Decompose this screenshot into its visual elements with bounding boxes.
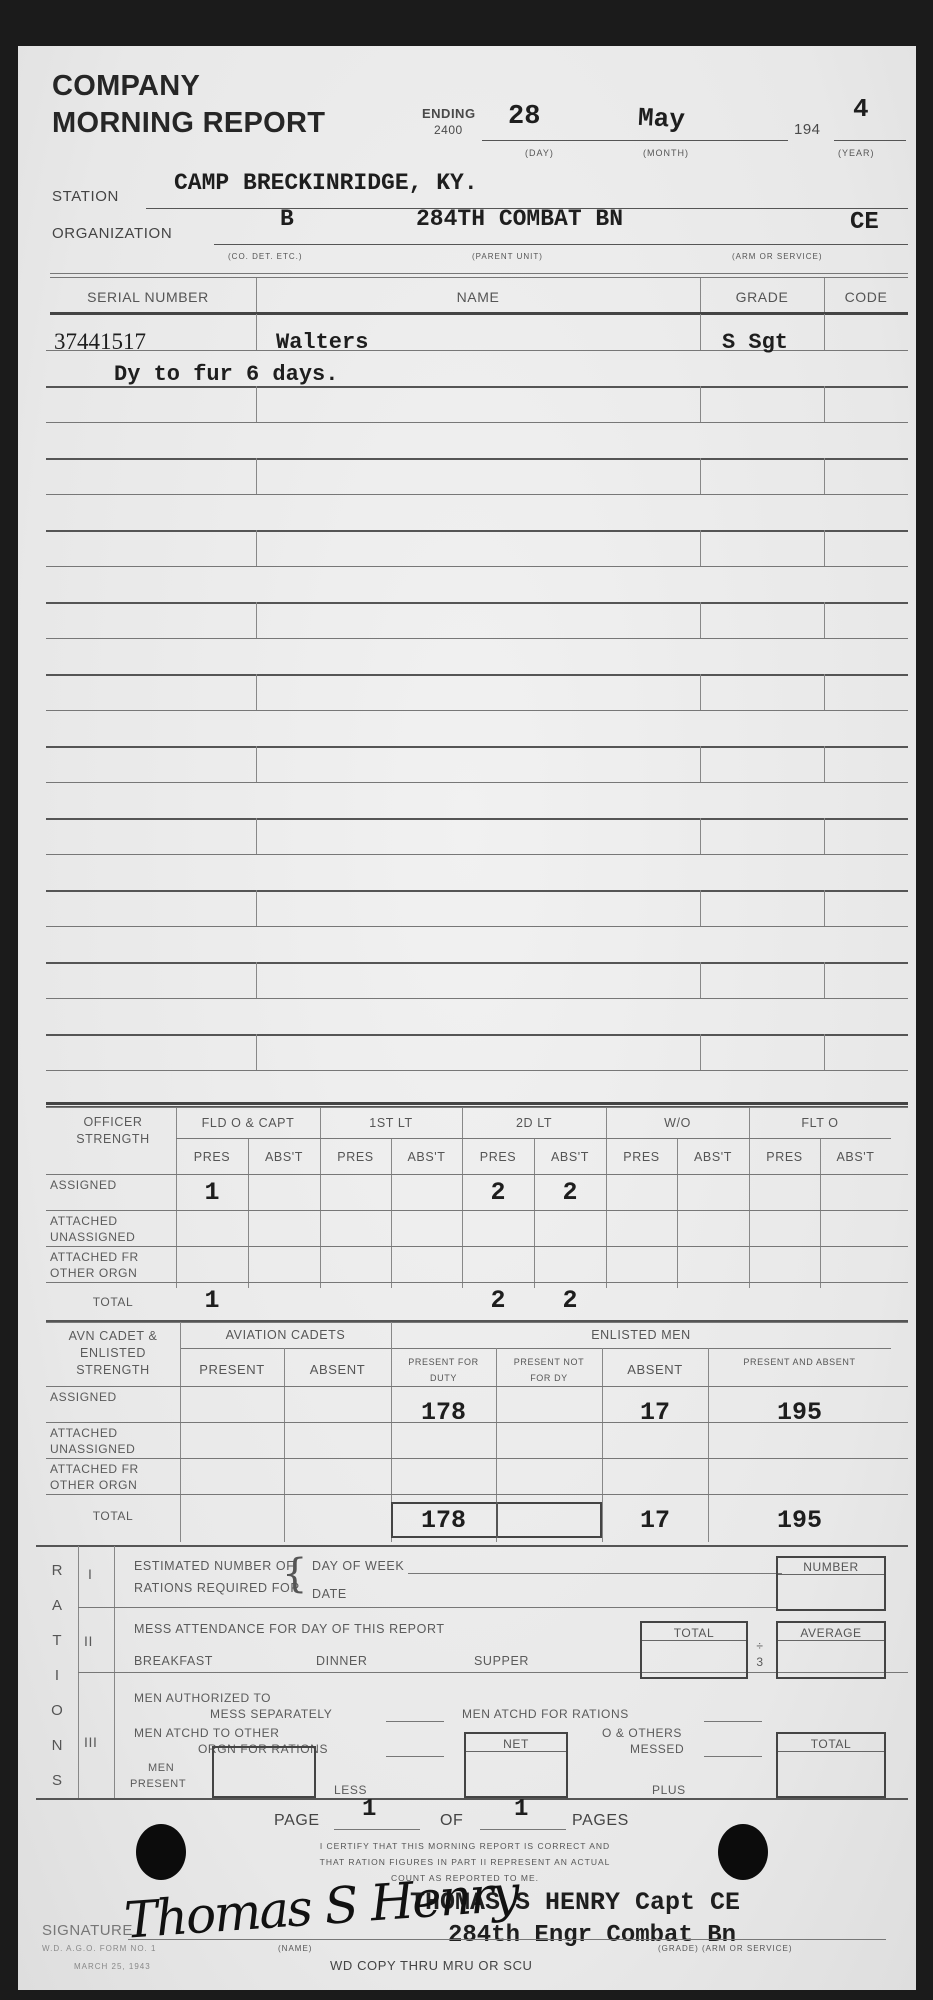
roster-cell-divider <box>256 890 257 926</box>
enlisted-subcol-header: PRESENT FOR DUTY <box>391 1354 496 1386</box>
enlisted-row-label: ATTACHED UNASSIGNED <box>50 1425 176 1457</box>
roster-entry-name: Walters <box>276 330 368 355</box>
roster-row-rule <box>46 674 908 676</box>
men-auth-field[interactable] <box>386 1721 444 1722</box>
enlisted-cell[interactable] <box>180 1470 284 1500</box>
year-prefix: 194 <box>794 121 821 138</box>
company-caption: (CO. DET. ETC.) <box>228 252 303 261</box>
officer-subcol-header: PRES <box>176 1150 248 1164</box>
officer-row-rule <box>46 1174 908 1175</box>
day-of-week-field[interactable] <box>408 1573 782 1574</box>
officer-cell[interactable] <box>320 1286 391 1316</box>
roster-row-rule <box>46 854 908 855</box>
report-day: 28 <box>508 102 540 132</box>
arm-caption: (ARM OR SERVICE) <box>732 252 823 261</box>
officer-group-header: FLT O <box>749 1116 891 1130</box>
roster-row-rule <box>46 782 908 783</box>
enlisted-cell[interactable] <box>391 1470 496 1500</box>
men-present-box[interactable] <box>212 1746 316 1798</box>
morning-report-form: COMPANY MORNING REPORT ENDING 2400 28 Ma… <box>18 46 916 1990</box>
rations-side-label: RATIONS <box>42 1553 72 1798</box>
page-number: 1 <box>362 1796 376 1823</box>
officer-cell[interactable] <box>176 1214 248 1244</box>
roster-cell-divider <box>700 386 701 422</box>
officer-cell[interactable] <box>248 1214 320 1244</box>
officer-cell[interactable] <box>320 1214 391 1244</box>
col-header-grade: GRADE <box>700 289 824 305</box>
roster-row-rule <box>46 926 908 927</box>
net-label: NET <box>466 1734 566 1752</box>
officer-cell[interactable] <box>391 1250 462 1280</box>
enlisted-subcol-header: PRESENT AND ABSENT <box>708 1354 891 1370</box>
enlisted-subheader-rule <box>180 1348 891 1349</box>
day-caption: (DAY) <box>525 148 554 158</box>
enlisted-cell[interactable] <box>284 1434 391 1464</box>
signature-label: SIGNATURE <box>42 1922 133 1939</box>
o-others-line1: O & OTHERS <box>602 1725 682 1741</box>
roster-header-rule <box>50 312 908 315</box>
officer-group-header: FLD O & CAPT <box>176 1116 320 1130</box>
officer-cell[interactable] <box>391 1214 462 1244</box>
station-label: STATION <box>52 188 119 205</box>
rations-side-letter: R <box>42 1553 72 1588</box>
enlisted-cell[interactable] <box>708 1470 891 1500</box>
rations-side-letter: N <box>42 1728 72 1763</box>
certify-line-1: I CERTIFY THAT THIS MORNING REPORT IS CO… <box>250 1838 680 1854</box>
roster-cell-divider <box>256 962 257 998</box>
page-number-underline <box>334 1829 420 1830</box>
officer-cell[interactable] <box>677 1250 749 1280</box>
col-header-code: CODE <box>824 289 908 305</box>
officer-cell[interactable]: 2 <box>534 1178 606 1208</box>
enlisted-cell[interactable] <box>180 1398 284 1428</box>
enlisted-strength-title: AVN CADET & ENLISTED STRENGTH <box>50 1328 176 1379</box>
officer-row-label: ASSIGNED <box>50 1177 176 1193</box>
roster-cell-divider <box>700 530 701 566</box>
officer-cell[interactable] <box>391 1286 462 1316</box>
roster-cell-divider <box>256 602 257 638</box>
month-caption: (MONTH) <box>643 148 689 158</box>
enlisted-row-rule <box>46 1458 908 1459</box>
dinner-label: DINNER <box>316 1653 368 1669</box>
officer-cell[interactable] <box>677 1286 749 1316</box>
officer-subcol-header: ABS'T <box>677 1150 749 1164</box>
enlisted-cell[interactable] <box>180 1506 284 1536</box>
enlisted-subcol-header: ABSENT <box>284 1362 391 1378</box>
officer-cell[interactable]: 2 <box>534 1286 606 1316</box>
rations-side-letter: S <box>42 1763 72 1798</box>
part1-numeral: I <box>88 1566 93 1582</box>
roster-cell-divider <box>824 458 825 494</box>
part1-line1: ESTIMATED NUMBER OF <box>134 1558 294 1574</box>
roster-cell-divider <box>700 746 701 782</box>
officer-cell[interactable] <box>462 1214 534 1244</box>
total3-box[interactable]: TOTAL <box>776 1732 886 1798</box>
enlisted-cell[interactable]: 195 <box>708 1398 891 1428</box>
grade-caption: (GRADE) (ARM OR SERVICE) <box>658 1944 793 1953</box>
officer-subcol-header: ABS'T <box>248 1150 320 1164</box>
roster-cell-divider <box>700 602 701 638</box>
roster-row-rule <box>46 998 908 999</box>
roster-cell-divider <box>824 530 825 566</box>
aviation-cadets-header: AVIATION CADETS <box>180 1328 391 1342</box>
roster-row-rule <box>46 422 908 423</box>
roster-top-rule <box>50 273 908 274</box>
officer-row-rule <box>46 1246 908 1247</box>
officer-row-label: ATTACHED FR OTHER ORGN <box>50 1249 176 1281</box>
officer-cell[interactable]: 2 <box>462 1286 534 1316</box>
parent-unit-caption: (PARENT UNIT) <box>472 252 543 261</box>
station-value: CAMP BRECKINRIDGE, KY. <box>174 170 478 196</box>
organization-label: ORGANIZATION <box>52 225 172 242</box>
roster-cell-divider <box>256 314 257 350</box>
roster-cell-divider <box>824 746 825 782</box>
officer-row-label: TOTAL <box>50 1294 176 1310</box>
breakfast-label: BREAKFAST <box>134 1653 213 1669</box>
officer-cell[interactable] <box>749 1286 820 1316</box>
officer-cell[interactable] <box>606 1250 677 1280</box>
rations-side-letter: I <box>42 1658 72 1693</box>
roster-cell-divider <box>700 314 701 350</box>
enlisted-row-rule <box>46 1494 908 1495</box>
roster-row-rule <box>46 1034 908 1036</box>
enlisted-cell[interactable] <box>496 1398 602 1428</box>
officer-subcol-header: PRES <box>462 1150 534 1164</box>
officer-group-header: W/O <box>606 1116 749 1130</box>
officer-subheader-rule <box>176 1138 891 1139</box>
organization-underline <box>214 244 908 245</box>
officer-subcol-header: ABS'T <box>391 1150 462 1164</box>
roster-header-divider <box>700 278 701 312</box>
officer-cell[interactable] <box>391 1178 462 1208</box>
officer-cell[interactable] <box>749 1214 820 1244</box>
officer-cell[interactable]: 1 <box>176 1178 248 1208</box>
roster-cell-divider <box>700 818 701 854</box>
col-header-name: NAME <box>258 289 698 305</box>
roster-row-rule <box>46 890 908 892</box>
officer-subcol-header: PRES <box>606 1150 677 1164</box>
roster-row-rule <box>46 458 908 460</box>
roster-cell-divider <box>256 746 257 782</box>
ending-label: ENDING <box>422 106 476 121</box>
roster-header-divider <box>256 278 257 312</box>
officer-cell[interactable] <box>248 1286 320 1316</box>
binder-hole-right <box>718 1824 768 1880</box>
enlisted-row-rule <box>46 1422 908 1423</box>
day-of-week-label: DAY OF WEEK <box>312 1558 404 1574</box>
part1-line2: RATIONS REQUIRED FOR <box>134 1580 300 1596</box>
roster-cell-divider <box>824 818 825 854</box>
report-month: May <box>637 103 685 135</box>
plus-label: PLUS <box>652 1782 686 1798</box>
officer-cell[interactable] <box>677 1214 749 1244</box>
enlisted-cell[interactable] <box>602 1470 708 1500</box>
officer-top-rule <box>46 1102 908 1105</box>
roster-cell-divider <box>700 458 701 494</box>
men-atchd-rations-field[interactable] <box>704 1721 762 1722</box>
officer-cell[interactable] <box>462 1250 534 1280</box>
enlisted-cell[interactable] <box>708 1434 891 1464</box>
enlisted-cell[interactable] <box>391 1434 496 1464</box>
report-year-digit: 4 <box>853 94 869 124</box>
part3-numeral: III <box>84 1734 97 1750</box>
number-box[interactable]: NUMBER <box>776 1556 886 1611</box>
men-atchd-rations-label: MEN ATCHD FOR RATIONS <box>462 1706 629 1722</box>
roster-row-rule <box>46 602 908 604</box>
roster-cell-divider <box>824 674 825 710</box>
enlisted-top-rule <box>46 1322 908 1323</box>
rations-bottom-rule <box>36 1798 908 1800</box>
form-title-company: COMPANY <box>52 70 200 103</box>
roster-cell-divider <box>824 314 825 350</box>
officer-cell[interactable] <box>749 1178 820 1208</box>
average-box[interactable]: AVERAGE <box>776 1621 886 1679</box>
officer-cell[interactable] <box>248 1250 320 1280</box>
roster-cell-divider <box>256 458 257 494</box>
enlisted-cell[interactable]: 17 <box>602 1506 708 1536</box>
form-date: MARCH 25, 1943 <box>74 1962 151 1971</box>
officer-cell[interactable] <box>820 1286 891 1316</box>
mess-attendance-label: MESS ATTENDANCE FOR DAY OF THIS REPORT <box>134 1621 445 1637</box>
roster-cell-divider <box>256 674 257 710</box>
officer-group-header: 1ST LT <box>320 1116 462 1130</box>
officer-subcol-header: ABS'T <box>534 1150 606 1164</box>
divide-by-three: ÷ 3 <box>751 1638 769 1670</box>
officer-cell[interactable] <box>820 1250 891 1280</box>
total3-label: TOTAL <box>778 1734 884 1752</box>
rations-part1-rule <box>78 1607 778 1608</box>
roster-cell-divider <box>256 818 257 854</box>
enlisted-subcol-header: PRESENT <box>180 1362 284 1378</box>
officer-cell[interactable] <box>820 1178 891 1208</box>
parent-unit-value: 284TH COMBAT BN <box>416 206 623 232</box>
men-present-line2: PRESENT <box>130 1776 186 1792</box>
pages-label: PAGES <box>572 1812 629 1830</box>
total-pages-underline <box>480 1829 566 1830</box>
officer-cell[interactable] <box>606 1214 677 1244</box>
part1-brace: { <box>282 1552 307 1596</box>
enlisted-subcol-header: PRESENT NOT FOR DY <box>496 1354 602 1386</box>
part2-numeral: II <box>84 1633 93 1649</box>
officer-cell[interactable]: 2 <box>462 1178 534 1208</box>
roster-row-rule <box>46 818 908 820</box>
officer-strength-title: OFFICER STRENGTH <box>50 1114 176 1148</box>
ending-time: 2400 <box>434 123 463 137</box>
form-title-morning-report: MORNING REPORT <box>52 107 325 140</box>
rations-side-letter: A <box>42 1588 72 1623</box>
officer-cell[interactable] <box>749 1250 820 1280</box>
roster-row-rule <box>46 494 908 495</box>
officer-cell[interactable]: 1 <box>176 1286 248 1316</box>
roster-row-rule <box>46 638 908 639</box>
roster-cell-divider <box>700 674 701 710</box>
officer-cell[interactable] <box>176 1250 248 1280</box>
enlisted-row-label: TOTAL <box>50 1508 176 1524</box>
officer-cell[interactable] <box>248 1178 320 1208</box>
enlisted-row-rule <box>46 1386 908 1387</box>
officer-subcol-header: ABS'T <box>820 1150 891 1164</box>
enlisted-cell[interactable] <box>284 1398 391 1428</box>
net-box[interactable]: NET <box>464 1732 568 1798</box>
men-auth-line2: MESS SEPARATELY <box>210 1706 332 1722</box>
binder-hole-left <box>136 1824 186 1880</box>
rations-side-letter: O <box>42 1693 72 1728</box>
officer-row-label: ATTACHED UNASSIGNED <box>50 1213 176 1245</box>
mess-total-label: TOTAL <box>642 1623 746 1641</box>
enlisted-subcol-header: ABSENT <box>602 1362 708 1378</box>
officer-row-rule <box>46 1210 908 1211</box>
roster-cell-divider <box>256 386 257 422</box>
roster-cell-divider <box>824 386 825 422</box>
o-others-line2: MESSED <box>630 1741 684 1757</box>
rations-side-letter: T <box>42 1623 72 1658</box>
officer-cell[interactable] <box>820 1214 891 1244</box>
roster-cell-divider <box>824 1034 825 1070</box>
roster-entry-remark: Dy to fur 6 days. <box>114 362 338 387</box>
roster-cell-divider <box>256 1034 257 1070</box>
form-number: W.D. A.G.O. FORM NO. 1 <box>42 1944 156 1953</box>
roster-header-divider <box>824 278 825 312</box>
officer-cell[interactable] <box>677 1178 749 1208</box>
officer-subcol-header: PRES <box>749 1150 820 1164</box>
average-label: AVERAGE <box>778 1623 884 1641</box>
date-label: DATE <box>312 1586 347 1602</box>
officer-cell[interactable] <box>320 1178 391 1208</box>
roster-row-rule <box>46 710 908 711</box>
officer-cell[interactable] <box>606 1286 677 1316</box>
col-header-serial: SERIAL NUMBER <box>48 289 248 305</box>
roster-cell-divider <box>256 530 257 566</box>
rations-top-rule <box>36 1545 908 1547</box>
enlisted-men-header: ENLISTED MEN <box>391 1328 891 1342</box>
officer-subcol-header: PRES <box>320 1150 391 1164</box>
roster-top-rule-2 <box>50 277 908 278</box>
enlisted-cell[interactable]: 195 <box>708 1506 891 1536</box>
year-underline <box>834 140 906 141</box>
men-present-line1: MEN <box>148 1760 174 1776</box>
enlisted-row-label: ASSIGNED <box>50 1389 176 1405</box>
roster-cell-divider <box>700 962 701 998</box>
page-label: PAGE <box>274 1812 320 1830</box>
mess-total-box[interactable]: TOTAL <box>640 1621 748 1679</box>
of-label: OF <box>440 1812 463 1830</box>
roster-cell-divider <box>700 890 701 926</box>
men-atchd-other-line1: MEN ATCHD TO OTHER <box>134 1725 279 1741</box>
roster-entry-serial: 37441517 <box>54 329 146 355</box>
arm-value: CE <box>850 209 879 236</box>
routing-text: WD COPY THRU MRU OR SCU <box>330 1958 533 1973</box>
roster-cell-divider <box>700 1034 701 1070</box>
enlisted-row-label: ATTACHED FR OTHER ORGN <box>50 1461 176 1493</box>
enlisted-total-box-divider <box>496 1502 498 1538</box>
roster-row-rule <box>46 530 908 532</box>
name-caption: (NAME) <box>278 1944 312 1953</box>
enlisted-cell[interactable] <box>496 1434 602 1464</box>
officer-cell[interactable] <box>320 1250 391 1280</box>
roster-entry-grade: S Sgt <box>722 330 788 355</box>
enlisted-cell[interactable] <box>602 1434 708 1464</box>
men-atchd-other-field[interactable] <box>386 1756 444 1757</box>
o-others-field[interactable] <box>704 1756 762 1757</box>
roster-row-rule <box>46 566 908 567</box>
roster-cell-divider <box>824 890 825 926</box>
roster-row-rule <box>46 746 908 748</box>
enlisted-cell[interactable]: 178 <box>391 1398 496 1428</box>
roster-row-rule <box>46 1070 908 1071</box>
officer-cell[interactable] <box>606 1178 677 1208</box>
men-auth-line1: MEN AUTHORIZED TO <box>134 1690 271 1706</box>
year-caption: (YEAR) <box>838 148 875 158</box>
officer-group-header: 2D LT <box>462 1116 606 1130</box>
roster-cell-divider <box>824 602 825 638</box>
officer-cell[interactable] <box>534 1250 606 1280</box>
enlisted-cell[interactable] <box>180 1434 284 1464</box>
company-value: B <box>280 206 294 232</box>
total-pages: 1 <box>514 1796 528 1823</box>
enlisted-cell[interactable]: 17 <box>602 1398 708 1428</box>
enlisted-cell[interactable] <box>496 1470 602 1500</box>
date-underline <box>482 140 788 141</box>
officer-cell[interactable] <box>534 1214 606 1244</box>
number-label: NUMBER <box>778 1558 884 1575</box>
officer-row-rule <box>46 1282 908 1283</box>
supper-label: SUPPER <box>474 1653 529 1669</box>
enlisted-cell[interactable] <box>284 1470 391 1500</box>
enlisted-cell[interactable] <box>284 1506 391 1536</box>
roster-row-rule <box>46 962 908 964</box>
roster-cell-divider <box>824 962 825 998</box>
